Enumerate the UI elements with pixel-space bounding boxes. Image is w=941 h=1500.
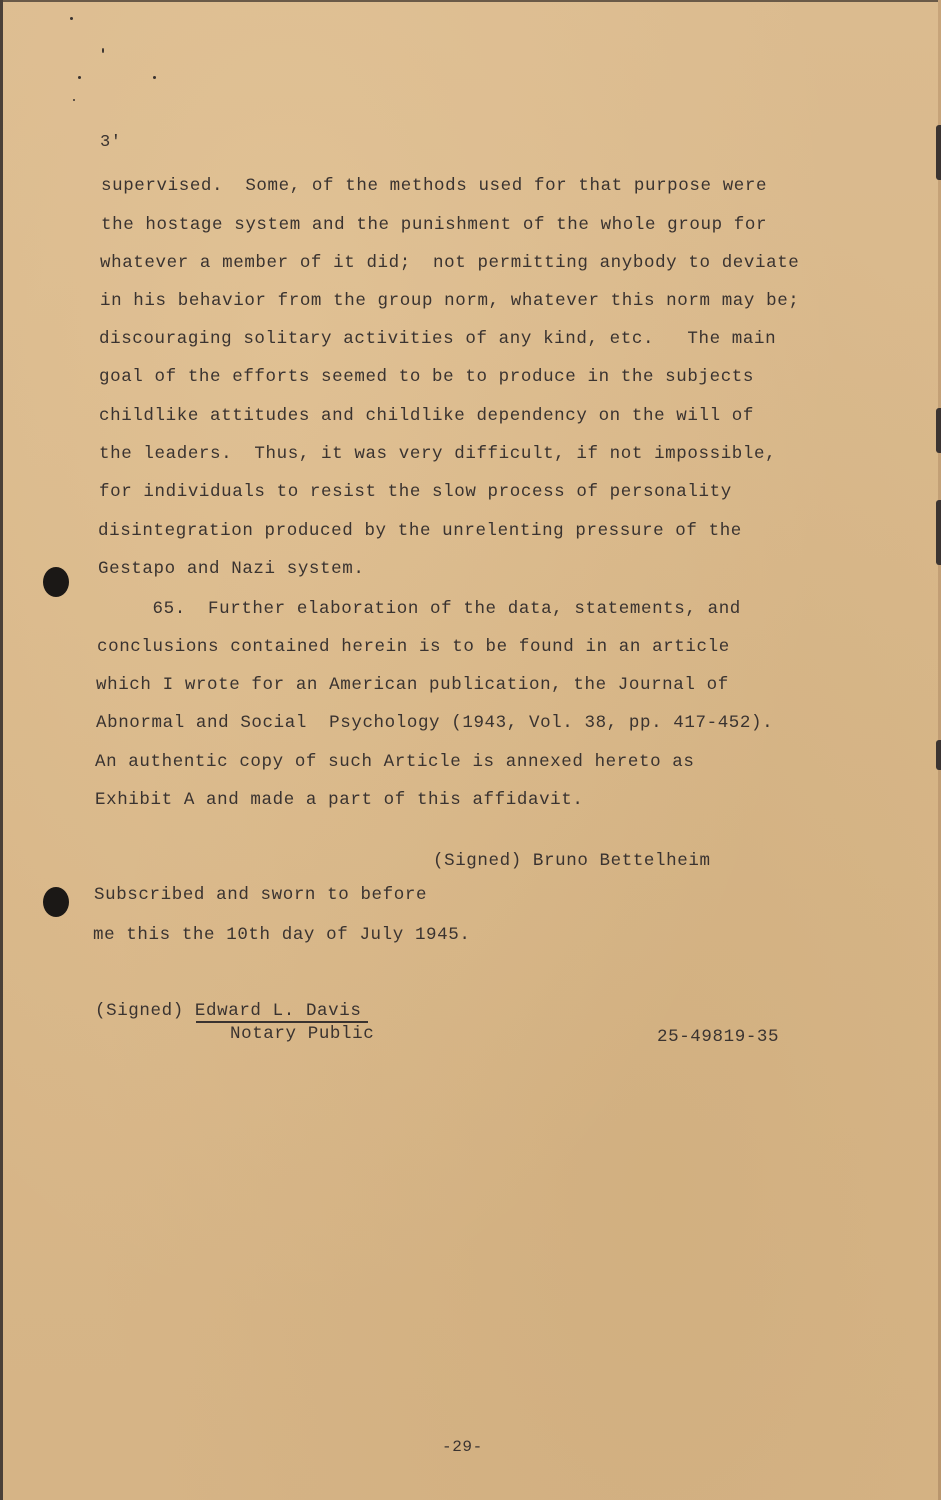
text-line: goal of the efforts seemed to be to prod… bbox=[99, 367, 754, 387]
text-line: whatever a member of it did; not permitt… bbox=[100, 253, 799, 273]
text-line: supervised. Some, of the methods used fo… bbox=[101, 176, 767, 196]
text-line: discouraging solitary activities of any … bbox=[99, 329, 776, 349]
text-line: the hostage system and the punishment of… bbox=[101, 215, 767, 235]
paper-left-edge bbox=[0, 0, 3, 1500]
corner-page-mark: 3' bbox=[100, 133, 122, 153]
text-line: for individuals to resist the slow proce… bbox=[99, 482, 732, 502]
jurat-line: me this the 10th day of July 1945. bbox=[93, 925, 470, 945]
text-line: which I wrote for an American publicatio… bbox=[96, 675, 729, 695]
page-number: -29- bbox=[442, 1437, 483, 1457]
notary-signed-prefix: (Signed) bbox=[95, 1001, 195, 1021]
document-number: 25-49819-35 bbox=[657, 1027, 779, 1047]
text-line: conclusions contained herein is to be fo… bbox=[97, 637, 730, 657]
text-line: 65. Further elaboration of the data, sta… bbox=[97, 599, 741, 619]
text-line: Gestapo and Nazi system. bbox=[98, 559, 364, 579]
jurat-line: Subscribed and sworn to before bbox=[94, 885, 427, 905]
signature-underline bbox=[196, 1021, 368, 1023]
notary-name: Edward L. Davis bbox=[195, 1001, 362, 1021]
binder-clip-mark bbox=[936, 408, 941, 453]
paper-speck bbox=[73, 99, 75, 101]
paper-speck bbox=[70, 17, 73, 20]
text-line: the leaders. Thus, it was very difficult… bbox=[99, 444, 776, 464]
text-line: in his behavior from the group norm, wha… bbox=[100, 291, 799, 311]
text-line: childlike attitudes and childlike depend… bbox=[99, 406, 754, 426]
paper-speck bbox=[153, 76, 156, 79]
text-line: Exhibit A and made a part of this affida… bbox=[95, 790, 583, 810]
notary-signature-line: (Signed) Edward L. Davis bbox=[95, 1001, 361, 1021]
text-line: disintegration produced by the unrelenti… bbox=[98, 521, 742, 541]
paper-speck bbox=[102, 48, 104, 53]
binder-clip-mark bbox=[936, 740, 941, 770]
notary-title: Notary Public bbox=[230, 1024, 374, 1044]
punch-hole bbox=[43, 567, 69, 597]
paper-speck bbox=[78, 76, 81, 79]
punch-hole bbox=[43, 887, 69, 917]
paper-top-edge bbox=[0, 0, 941, 2]
text-line: Abnormal and Social Psychology (1943, Vo… bbox=[96, 713, 773, 733]
binder-clip-mark bbox=[936, 125, 941, 180]
text-line: An authentic copy of such Article is ann… bbox=[95, 752, 695, 772]
affiant-signature: (Signed) Bruno Bettelheim bbox=[433, 851, 711, 871]
binder-clip-mark bbox=[936, 500, 941, 565]
